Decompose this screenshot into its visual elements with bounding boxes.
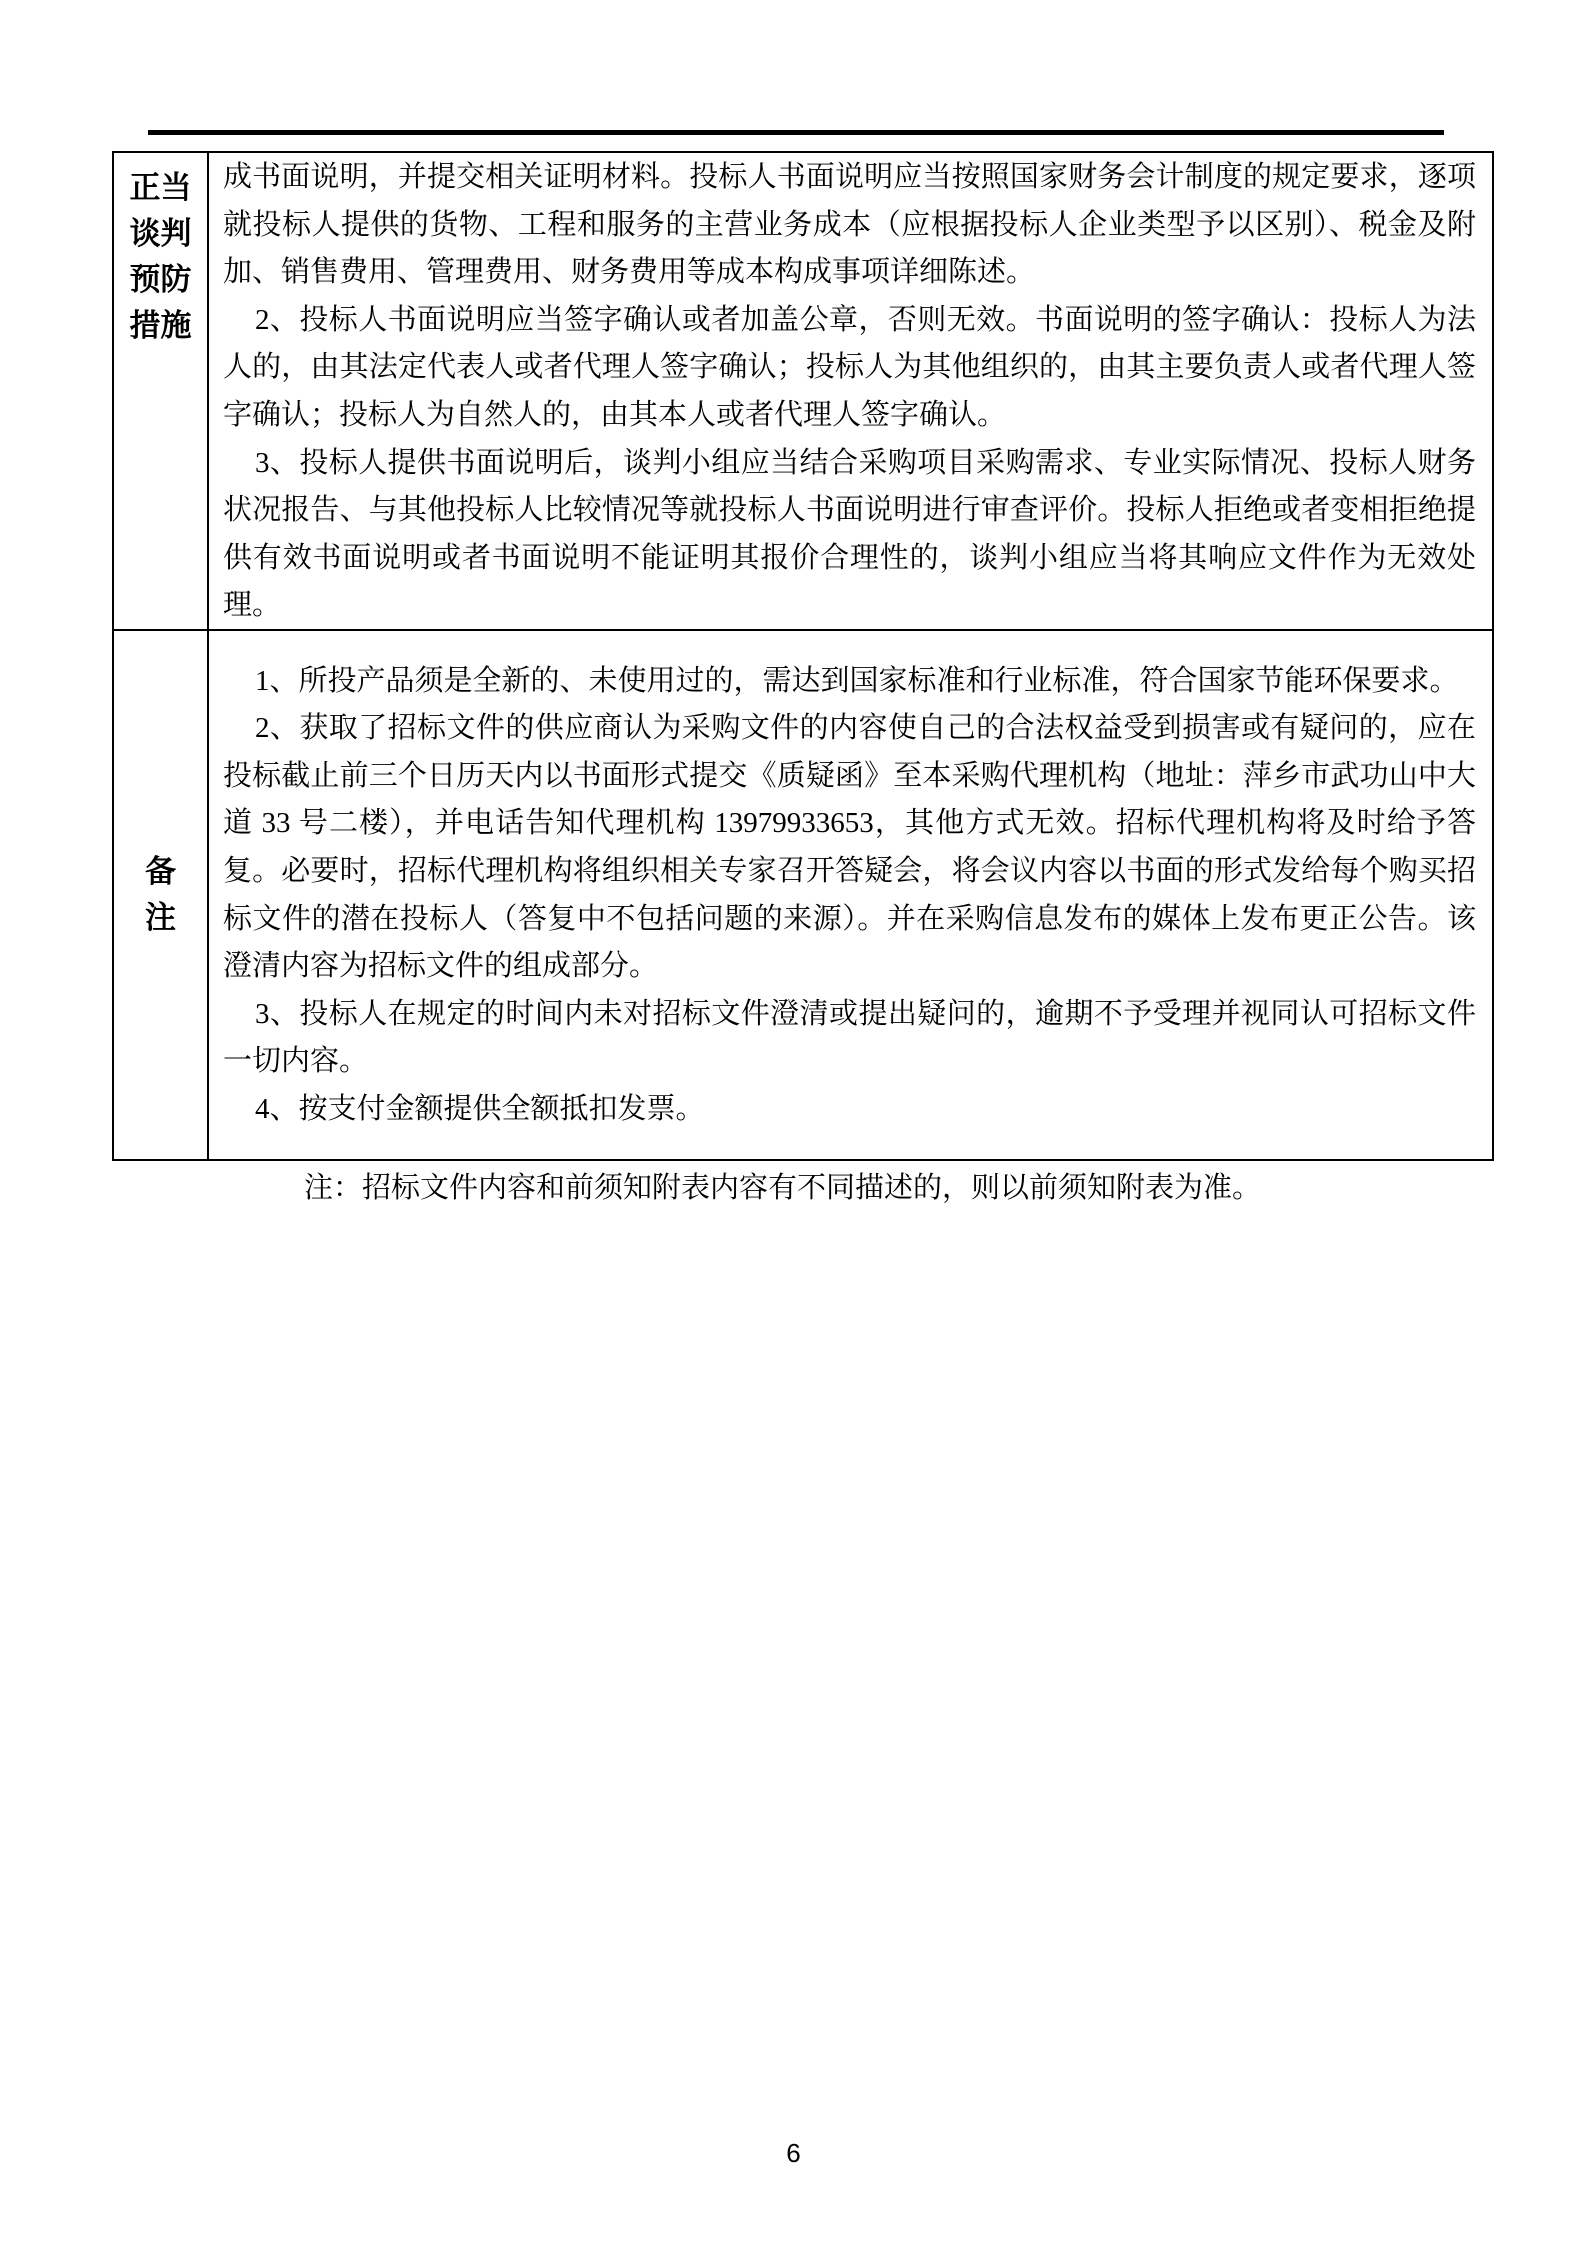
tender-notice-table: 正当 谈判 预防 措施 成书面说明，并提交相关证明材料。投标人书面说明应当按照国… — [112, 151, 1494, 1161]
document-page: 正当 谈判 预防 措施 成书面说明，并提交相关证明材料。投标人书面说明应当按照国… — [0, 0, 1587, 2245]
row-header-negotiation-prevention-measures: 正当 谈判 预防 措施 — [114, 153, 209, 631]
row-header-label: 正当 谈判 预防 措施 — [130, 165, 192, 349]
page-number: 6 — [0, 2138, 1587, 2169]
paragraph-item-3: 3、投标人在规定的时间内未对招标文件澄清或提出疑问的，逾期不予受理并视同认可招标… — [223, 991, 1476, 1086]
paragraph-item-1: 1、所投产品须是全新的、未使用过的，需达到国家标准和行业标准，符合国家节能环保要… — [223, 658, 1476, 706]
paragraph-item-3: 3、投标人提供书面说明后，谈判小组应当结合采购项目采购需求、专业实际情况、投标人… — [223, 440, 1476, 630]
cell-negotiation-prevention-content: 成书面说明，并提交相关证明材料。投标人书面说明应当按照国家财务会计制度的规定要求… — [209, 153, 1492, 631]
paragraph-item-4: 4、按支付金额提供全额抵扣发票。 — [223, 1086, 1476, 1134]
row-header-label: 备 注 — [145, 849, 176, 941]
cell-remarks-content: 1、所投产品须是全新的、未使用过的，需达到国家标准和行业标准，符合国家节能环保要… — [209, 631, 1492, 1159]
paragraph-continuation: 成书面说明，并提交相关证明材料。投标人书面说明应当按照国家财务会计制度的规定要求… — [223, 154, 1476, 297]
page-header-rule — [148, 130, 1444, 135]
paragraph-item-2: 2、投标人书面说明应当签字确认或者加盖公章，否则无效。书面说明的签字确认：投标人… — [223, 297, 1476, 440]
table-footnote: 注：招标文件内容和前须知附表内容有不同描述的，则以前须知附表为准。 — [304, 1168, 1261, 1208]
paragraph-item-2: 2、获取了招标文件的供应商认为采购文件的内容使自己的合法权益受到损害或有疑问的，… — [223, 705, 1476, 991]
row-header-remarks: 备 注 — [114, 631, 209, 1159]
